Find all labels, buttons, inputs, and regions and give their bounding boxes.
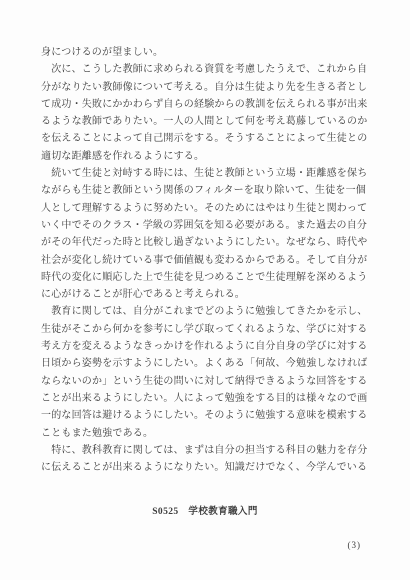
text-line: 日頃から姿勢を示すようにしたい。よくある「何故、今勉強しなければ bbox=[41, 355, 371, 372]
text-line: いく中でそのクラス・学級の雰囲気を知る必要がある。また過去の自分 bbox=[41, 217, 371, 234]
text-line: ことが出来るようにしたい。人によって勉強をする目的は様々なので画 bbox=[41, 390, 371, 407]
text-line: 人として理解するように努めたい。そのためにはやはり生徒と関わって bbox=[41, 200, 371, 217]
text-line: を伝えることによって自己開示をする。そうすることによって生徒との bbox=[41, 130, 371, 147]
text-line: ならないのか」という生徒の問いに対して納得できるような回答をする bbox=[41, 373, 371, 390]
text-line: 分がなりたい教師像について考える。自分は生徒より先を生きる者とし bbox=[41, 79, 371, 96]
text-line: 身につけるのが望ましい。 bbox=[41, 44, 371, 61]
footer-course-title: S0525 学校教育職入門 bbox=[0, 506, 410, 518]
text-line: 適切な距離感を作れるようにする。 bbox=[41, 148, 371, 165]
text-line: て成功・失敗にかかわらず自らの経験からの教訓を伝えられる事が出来 bbox=[41, 96, 371, 113]
text-line: こともまた勉強である。 bbox=[41, 425, 371, 442]
text-line: に伝えることが出来るようになりたい。知識だけでなく、今学んでいる bbox=[41, 459, 371, 476]
text-line: 社会が変化し続けている事で価値観も変わるからである。そして自分が bbox=[41, 252, 371, 269]
text-line: るような教師でありたい。一人の人間として何を考え葛藤しているのか bbox=[41, 113, 371, 130]
page-number: (3) bbox=[348, 539, 362, 551]
document-page: 身につけるのが望ましい。 次に、こうした教師に求められる資質を考慮したうえで、こ… bbox=[0, 0, 410, 580]
text-line: 考え方を変えるようなきっかけを作れるように自分自身の学びに対する bbox=[41, 338, 371, 355]
text-line: 一的な回答は避けるようにしたい。そのように勉強する意味を模索する bbox=[41, 407, 371, 424]
text-line: 教育に関しては、自分がこれまでどのように勉強してきたかを示し、 bbox=[41, 303, 371, 320]
text-line: 生徒がそこから何かを参考にし学び取ってくれるような、学びに対する bbox=[41, 321, 371, 338]
text-line: がその年代だった時と比較し過ぎないようにしたい。なぜなら、時代や bbox=[41, 234, 371, 251]
text-line: に心がけることが肝心であると考えられる。 bbox=[41, 286, 371, 303]
text-line: ながらも生徒と教師という関係のフィルターを取り除いて、生徒を一個 bbox=[41, 182, 371, 199]
text-line: 続いて生徒と対峙する時には、生徒と教師という立場・距離感を保ち bbox=[41, 165, 371, 182]
text-line: 特に、教科教育に関しては、まずは自分の担当する科目の魅力を存分 bbox=[41, 442, 371, 459]
text-line: 時代の変化に順応した上で生徒を見つめることで生徒理解を深めるよう bbox=[41, 269, 371, 286]
body-text: 身につけるのが望ましい。 次に、こうした教師に求められる資質を考慮したうえで、こ… bbox=[41, 44, 371, 476]
text-line: 次に、こうした教師に求められる資質を考慮したうえで、これから自 bbox=[41, 61, 371, 78]
